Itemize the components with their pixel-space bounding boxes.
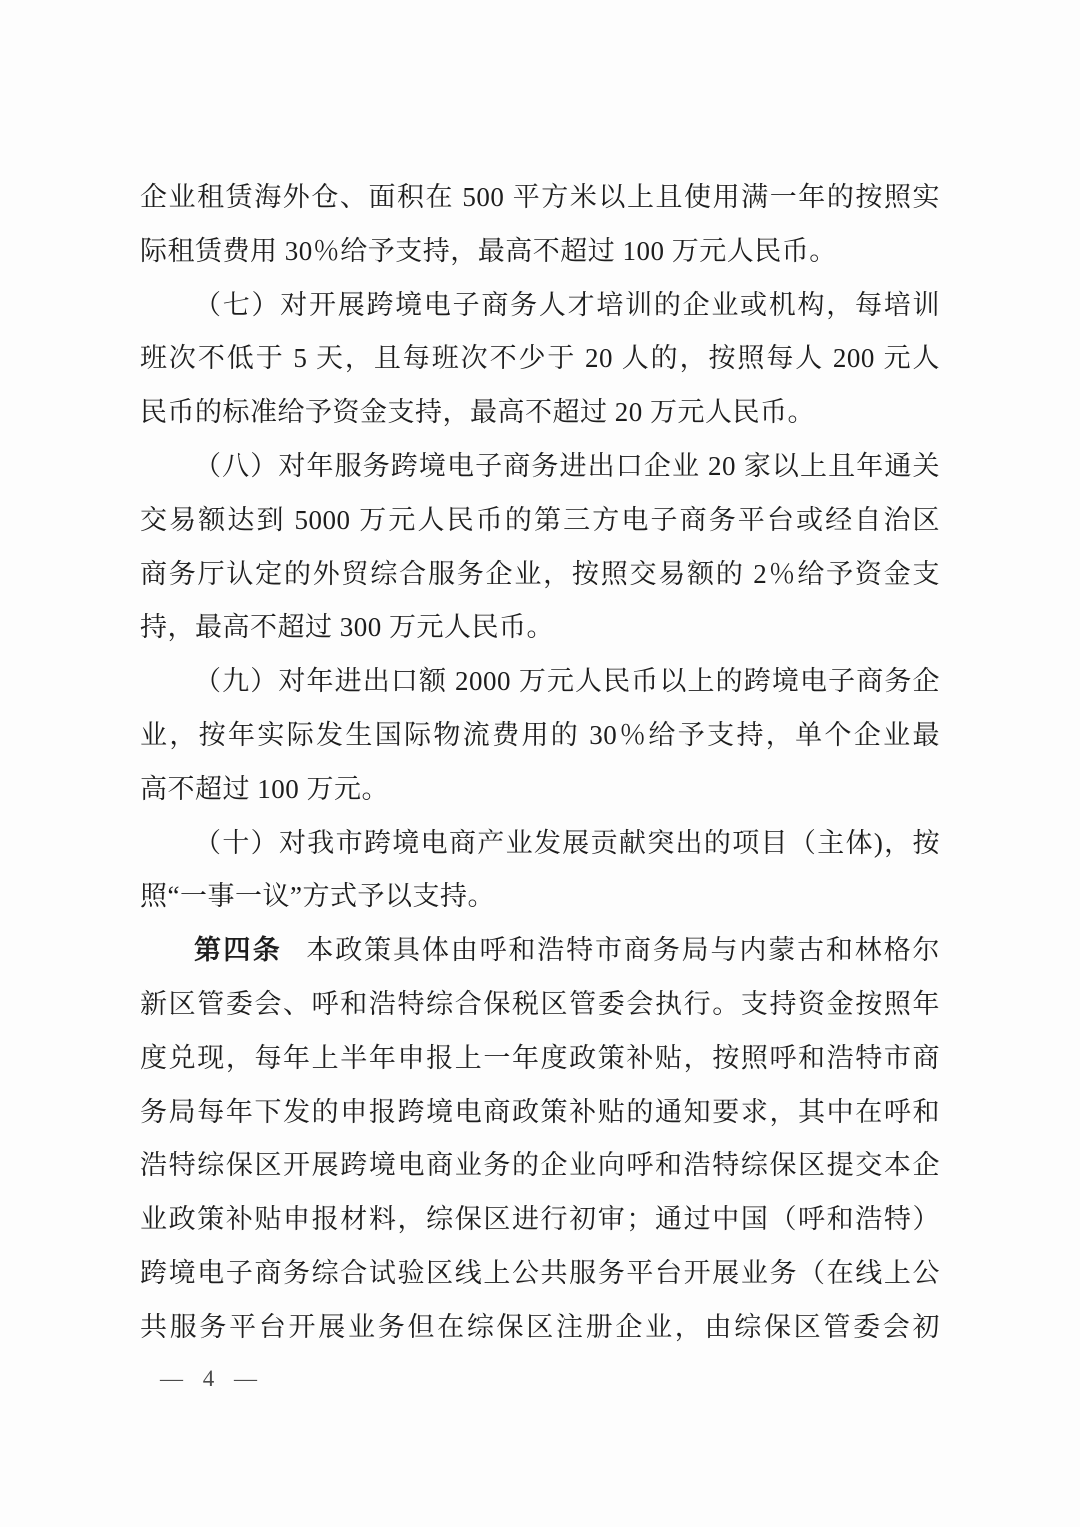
article-4: 第四条本政策具体由呼和浩特市商务局与内蒙古和林格尔新区管委会、呼和浩特综合保税区…	[140, 924, 940, 1354]
page-number: — 4 —	[160, 1352, 258, 1406]
text-line: 照“一事一议”方式予以支持。	[140, 870, 940, 924]
text-line: 高不超过 100 万元。	[140, 763, 940, 817]
clause-10: （十）对我市跨境电商产业发展贡献突出的项目（主体)，按照“一事一议”方式予以支持…	[140, 817, 940, 925]
text-line: 班次不低于 5 天，且每班次不少于 20 人的，按照每人 200 元人	[140, 332, 940, 386]
text-line: 持，最高不超过 300 万元人民币。	[140, 601, 940, 655]
text-line: 业，按年实际发生国际物流费用的 30％给予支持，单个企业最	[140, 709, 940, 763]
clause-8: （八）对年服务跨境电子商务进出口企业 20 家以上且年通关交易额达到 5000 …	[140, 440, 940, 655]
article-number: 第四条	[194, 935, 282, 965]
text-line: 第四条本政策具体由呼和浩特市商务局与内蒙古和林格尔	[140, 924, 940, 978]
text-line: （九）对年进出口额 2000 万元人民币以上的跨境电子商务企	[140, 655, 940, 709]
clause-9: （九）对年进出口额 2000 万元人民币以上的跨境电子商务企业，按年实际发生国际…	[140, 655, 940, 816]
text-line: 商务厅认定的外贸综合服务企业，按照交易额的 2％给予资金支	[140, 548, 940, 602]
text-line: 务局每年下发的申报跨境电商政策补贴的通知要求，其中在呼和	[140, 1086, 940, 1140]
text-line: 跨境电子商务综合试验区线上公共服务平台开展业务（在线上公	[140, 1247, 940, 1301]
text-line: 浩特综保区开展跨境电商业务的企业向呼和浩特综保区提交本企	[140, 1139, 940, 1193]
text-line: （八）对年服务跨境电子商务进出口企业 20 家以上且年通关	[140, 440, 940, 494]
text-line: 共服务平台开展业务但在综保区注册企业，由综保区管委会初	[140, 1301, 940, 1355]
text-line: 企业租赁海外仓、面积在 500 平方米以上且使用满一年的按照实	[140, 171, 940, 225]
document-page: 企业租赁海外仓、面积在 500 平方米以上且使用满一年的按照实际租赁费用 30％…	[0, 0, 1080, 1527]
text-line: 度兑现，每年上半年申报上一年度政策补贴，按照呼和浩特市商	[140, 1032, 940, 1086]
text-line: 新区管委会、呼和浩特综合保税区管委会执行。支持资金按照年	[140, 978, 940, 1032]
text-line: 业政策补贴申报材料，综保区进行初审；通过中国（呼和浩特）	[140, 1193, 940, 1247]
clause-6-continuation: 企业租赁海外仓、面积在 500 平方米以上且使用满一年的按照实际租赁费用 30％…	[140, 171, 940, 279]
text-line: 际租赁费用 30％给予支持，最高不超过 100 万元人民币。	[140, 225, 940, 279]
text-line: 民币的标准给予资金支持，最高不超过 20 万元人民币。	[140, 386, 940, 440]
text-line: （十）对我市跨境电商产业发展贡献突出的项目（主体)，按	[140, 817, 940, 871]
clause-7: （七）对开展跨境电子商务人才培训的企业或机构，每培训班次不低于 5 天，且每班次…	[140, 279, 940, 440]
text-line: （七）对开展跨境电子商务人才培训的企业或机构，每培训	[140, 279, 940, 333]
text-line: 交易额达到 5000 万元人民币的第三方电子商务平台或经自治区	[140, 494, 940, 548]
document-body: 企业租赁海外仓、面积在 500 平方米以上且使用满一年的按照实际租赁费用 30％…	[140, 171, 940, 1355]
